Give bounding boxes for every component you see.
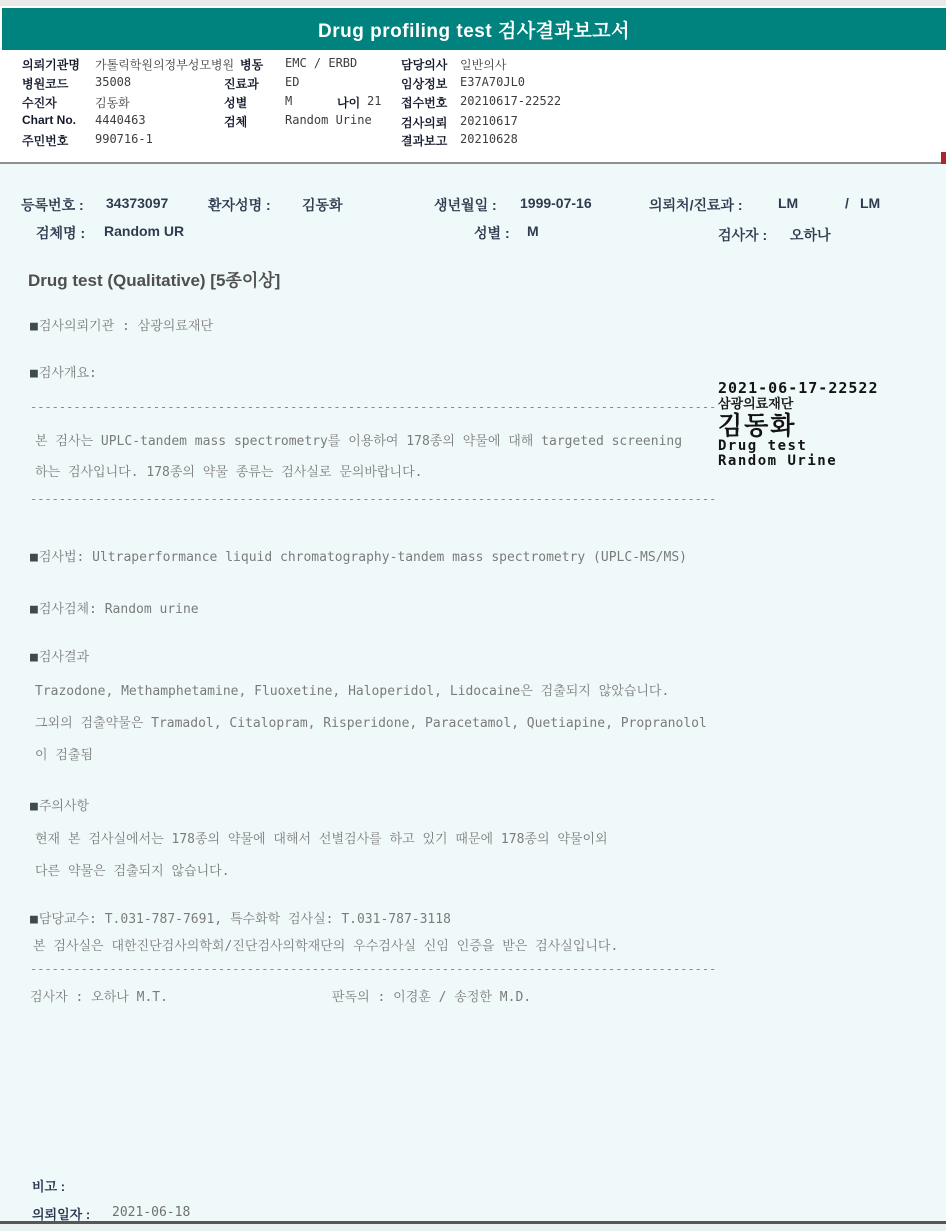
info-label: 의뢰기관명	[22, 56, 80, 73]
section-marker: ■	[30, 912, 38, 927]
patient-value: 오하나	[790, 225, 831, 245]
body-line-method: ■검사법: Ultraperformance liquid chromatogr…	[30, 546, 687, 565]
bottom-strip	[0, 1224, 946, 1231]
stamp-specimen-type: Random Urine	[718, 454, 879, 469]
patient-value: 김동화	[302, 195, 343, 215]
patient-value: LM	[860, 195, 880, 211]
stamp-test-name: Drug test	[718, 439, 879, 454]
info-label: 나이	[337, 94, 360, 111]
patient-value: 1999-07-16	[520, 195, 592, 211]
body-line-caution-1: 현재 본 검사실에서는 178종의 약물에 대해서 선별검사를 하고 있기 때문…	[35, 828, 608, 847]
info-value: ED	[285, 75, 299, 89]
section-marker: ■	[30, 799, 38, 814]
body-line-accreditation: 본 검사실은 대한진단검사의학회/진단검사의학재단의 우수검사실 신임 인증을 …	[33, 935, 618, 954]
info-value: 김동화	[95, 94, 130, 111]
patient-value: M	[527, 223, 539, 239]
request-date-value: 2021-06-18	[112, 1205, 190, 1220]
dashed-separator: ----------------------------------------…	[30, 492, 718, 506]
info-label: 수진자	[22, 94, 57, 111]
info-value: M	[285, 94, 292, 108]
body-line-result-heading: ■검사결과	[30, 646, 89, 665]
info-label: 담당의사	[401, 56, 447, 73]
body-text: 검사개요:	[39, 366, 97, 381]
report-title-bar-text: Drug profiling test 검사결과보고서	[318, 16, 630, 43]
patient-value: 34373097	[106, 195, 168, 211]
patient-label: 환자성명 :	[208, 195, 271, 215]
body-line-caution-2: 다른 약물은 검출되지 않습니다.	[35, 860, 230, 879]
info-label: 임상정보	[401, 75, 447, 92]
info-value: 20210617	[460, 114, 518, 128]
body-text: 담당교수: T.031-787-7691, 특수화학 검사실: T.031-78…	[39, 912, 451, 927]
info-value: EMC / ERBD	[285, 56, 357, 70]
info-label: 검체	[224, 113, 247, 130]
info-value: 가톨릭학원의정부성모병원	[95, 56, 234, 73]
receipt-stamp: 2021-06-17-22522 삼광의료재단 김동화 Drug test Ra…	[718, 380, 879, 469]
info-label: 병동	[240, 56, 263, 73]
section-marker: ■	[30, 366, 38, 381]
note-label: 비고 :	[32, 1176, 65, 1195]
body-text: 주의사항	[39, 799, 89, 814]
body-line-specimen: ■검사검체: Random urine	[30, 598, 199, 617]
stamp-patient-name: 김동화	[718, 412, 879, 439]
body-line-tester: 검사자 : 오하나 M.T.	[30, 986, 168, 1005]
info-label: 검사의뢰	[401, 114, 447, 131]
stamp-receipt-number: 2021-06-17-22522	[718, 380, 879, 397]
info-label: 병원코드	[22, 75, 68, 92]
body-text: 검사의뢰기관 : 삼광의료재단	[39, 319, 213, 334]
info-value: Random Urine	[285, 113, 372, 127]
body-line-overview-1: 본 검사는 UPLC-tandem mass spectrometry를 이용하…	[35, 430, 682, 449]
patient-label: /	[845, 195, 849, 211]
top-strip	[0, 0, 946, 6]
body-line-result-2: 그외의 검출약물은 Tramadol, Citalopram, Risperid…	[35, 712, 707, 731]
info-value: 20210628	[460, 132, 518, 146]
info-value: 35008	[95, 75, 131, 89]
section-marker: ■	[30, 650, 38, 665]
body-line-result-1: Trazodone, Methamphetamine, Fluoxetine, …	[35, 680, 669, 699]
body-text: 검사결과	[39, 650, 89, 665]
report-section-title: Drug test (Qualitative) [5종이상]	[28, 266, 280, 291]
body-text: 검사검체: Random urine	[39, 602, 199, 617]
body-line-overview-2: 하는 검사입니다. 178종의 약물 종류는 검사실로 문의바랍니다.	[35, 461, 423, 480]
body-line-overview-heading: ■검사개요:	[30, 362, 97, 381]
info-label: 결과보고	[401, 132, 447, 149]
patient-label: 등록번호 :	[21, 195, 84, 215]
info-value: E37A70JL0	[460, 75, 525, 89]
info-label: 접수번호	[401, 94, 447, 111]
section-marker: ■	[30, 602, 38, 617]
stamp-organization: 삼광의료재단	[718, 397, 879, 412]
dashed-separator: ----------------------------------------…	[30, 400, 718, 414]
body-line-reader: 판독의 : 이경훈 / 송정한 M.D.	[332, 986, 531, 1005]
body-line-result-3: 이 검출됨	[35, 744, 93, 763]
report-title-bar: Drug profiling test 검사결과보고서	[2, 8, 946, 50]
info-value: 20210617-22522	[460, 94, 561, 108]
info-value: 990716-1	[95, 132, 153, 146]
body-line-caution-heading: ■주의사항	[30, 795, 89, 814]
patient-label: 의뢰처/진료과 :	[649, 195, 743, 215]
patient-value: Random UR	[104, 223, 184, 239]
info-value: 4440463	[95, 113, 146, 127]
patient-label: 생년월일 :	[434, 195, 497, 215]
section-marker: ■	[30, 319, 38, 334]
info-label: 진료과	[224, 75, 259, 92]
body-text: 검사법: Ultraperformance liquid chromatogra…	[39, 550, 687, 565]
info-value: 일반의사	[460, 56, 506, 73]
info-label: Chart No.	[22, 113, 76, 127]
body-line-contact: ■담당교수: T.031-787-7691, 특수화학 검사실: T.031-7…	[30, 908, 451, 927]
report-page: Drug profiling test 검사결과보고서 의뢰기관명 가톨릭학원의…	[0, 0, 946, 1231]
patient-label: 검체명 :	[36, 223, 85, 243]
info-value: 21	[367, 94, 381, 108]
patient-label: 검사자 :	[718, 225, 767, 245]
body-line-request-org: ■검사의뢰기관 : 삼광의료재단	[30, 315, 213, 334]
info-label: 성별	[224, 94, 247, 111]
patient-label: 성별 :	[474, 223, 510, 243]
info-label: 주민번호	[22, 132, 68, 149]
section-marker: ■	[30, 550, 38, 565]
dashed-separator: ----------------------------------------…	[30, 962, 718, 976]
patient-value: LM	[778, 195, 798, 211]
